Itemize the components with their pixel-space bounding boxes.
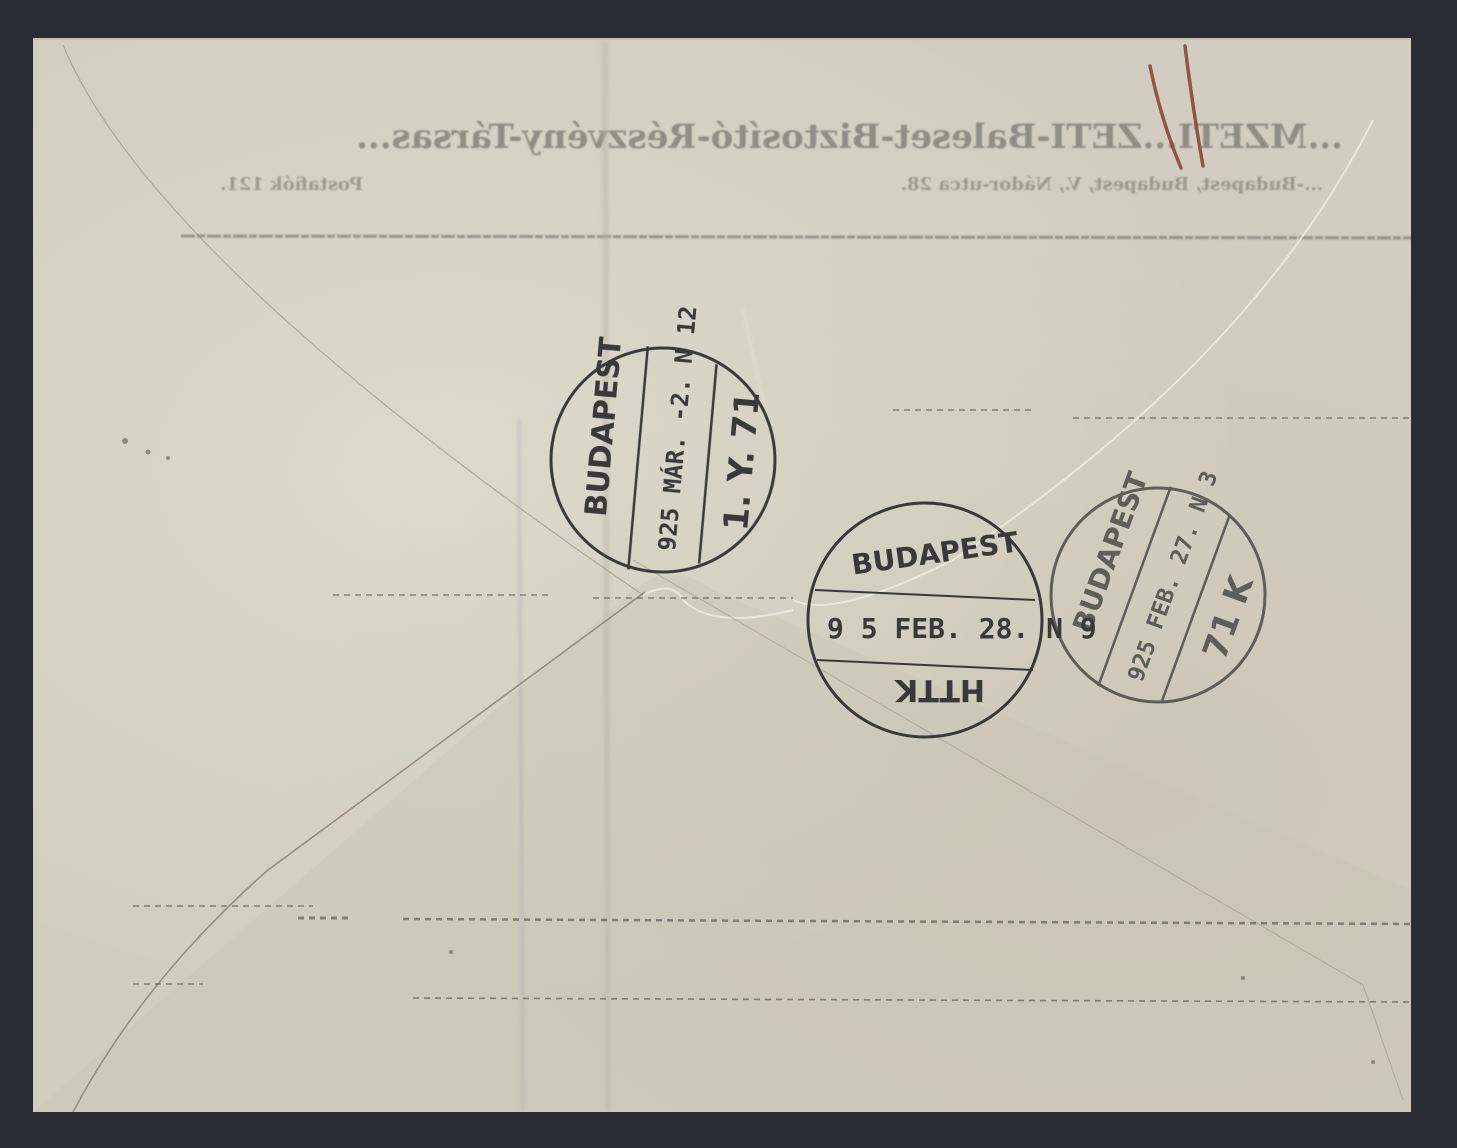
letterhead-rule bbox=[181, 236, 1411, 238]
letterhead-line2: ...-Budapest, Budapest, V., Nádor-utca 2… bbox=[901, 174, 1323, 195]
showthrough-letterhead: ...MZETI...ZETI-Baleset-Biztosító-Részvé… bbox=[181, 117, 1411, 238]
postmark-1: BUDAPEST 925 MÁR. -2. N 12 1. Y. 71 bbox=[542, 295, 788, 581]
postmark-3: BUDAPEST 925 FEB. 27. N 3 71 K bbox=[1021, 433, 1304, 732]
envelope-artwork: ...MZETI...ZETI-Baleset-Biztosító-Részvé… bbox=[33, 40, 1411, 1112]
bottom-flap-shade bbox=[33, 575, 1411, 1112]
svg-text:BUDAPEST: BUDAPEST bbox=[849, 525, 1020, 581]
svg-text:BUDAPEST: BUDAPEST bbox=[579, 335, 630, 518]
svg-text:HTTK: HTTK bbox=[893, 672, 985, 707]
envelope-back: ...MZETI...ZETI-Baleset-Biztosító-Részvé… bbox=[33, 38, 1411, 1112]
svg-text:1. Y. 71: 1. Y. 71 bbox=[716, 390, 768, 532]
svg-text:925 MÁR. -2. N 12: 925 MÁR. -2. N 12 bbox=[652, 305, 702, 552]
photo-stage: ...MZETI...ZETI-Baleset-Biztosító-Részvé… bbox=[0, 0, 1457, 1148]
svg-text:BUDAPEST: BUDAPEST bbox=[1066, 468, 1154, 637]
letterhead-postbox: Postafiók 121. bbox=[220, 174, 363, 195]
